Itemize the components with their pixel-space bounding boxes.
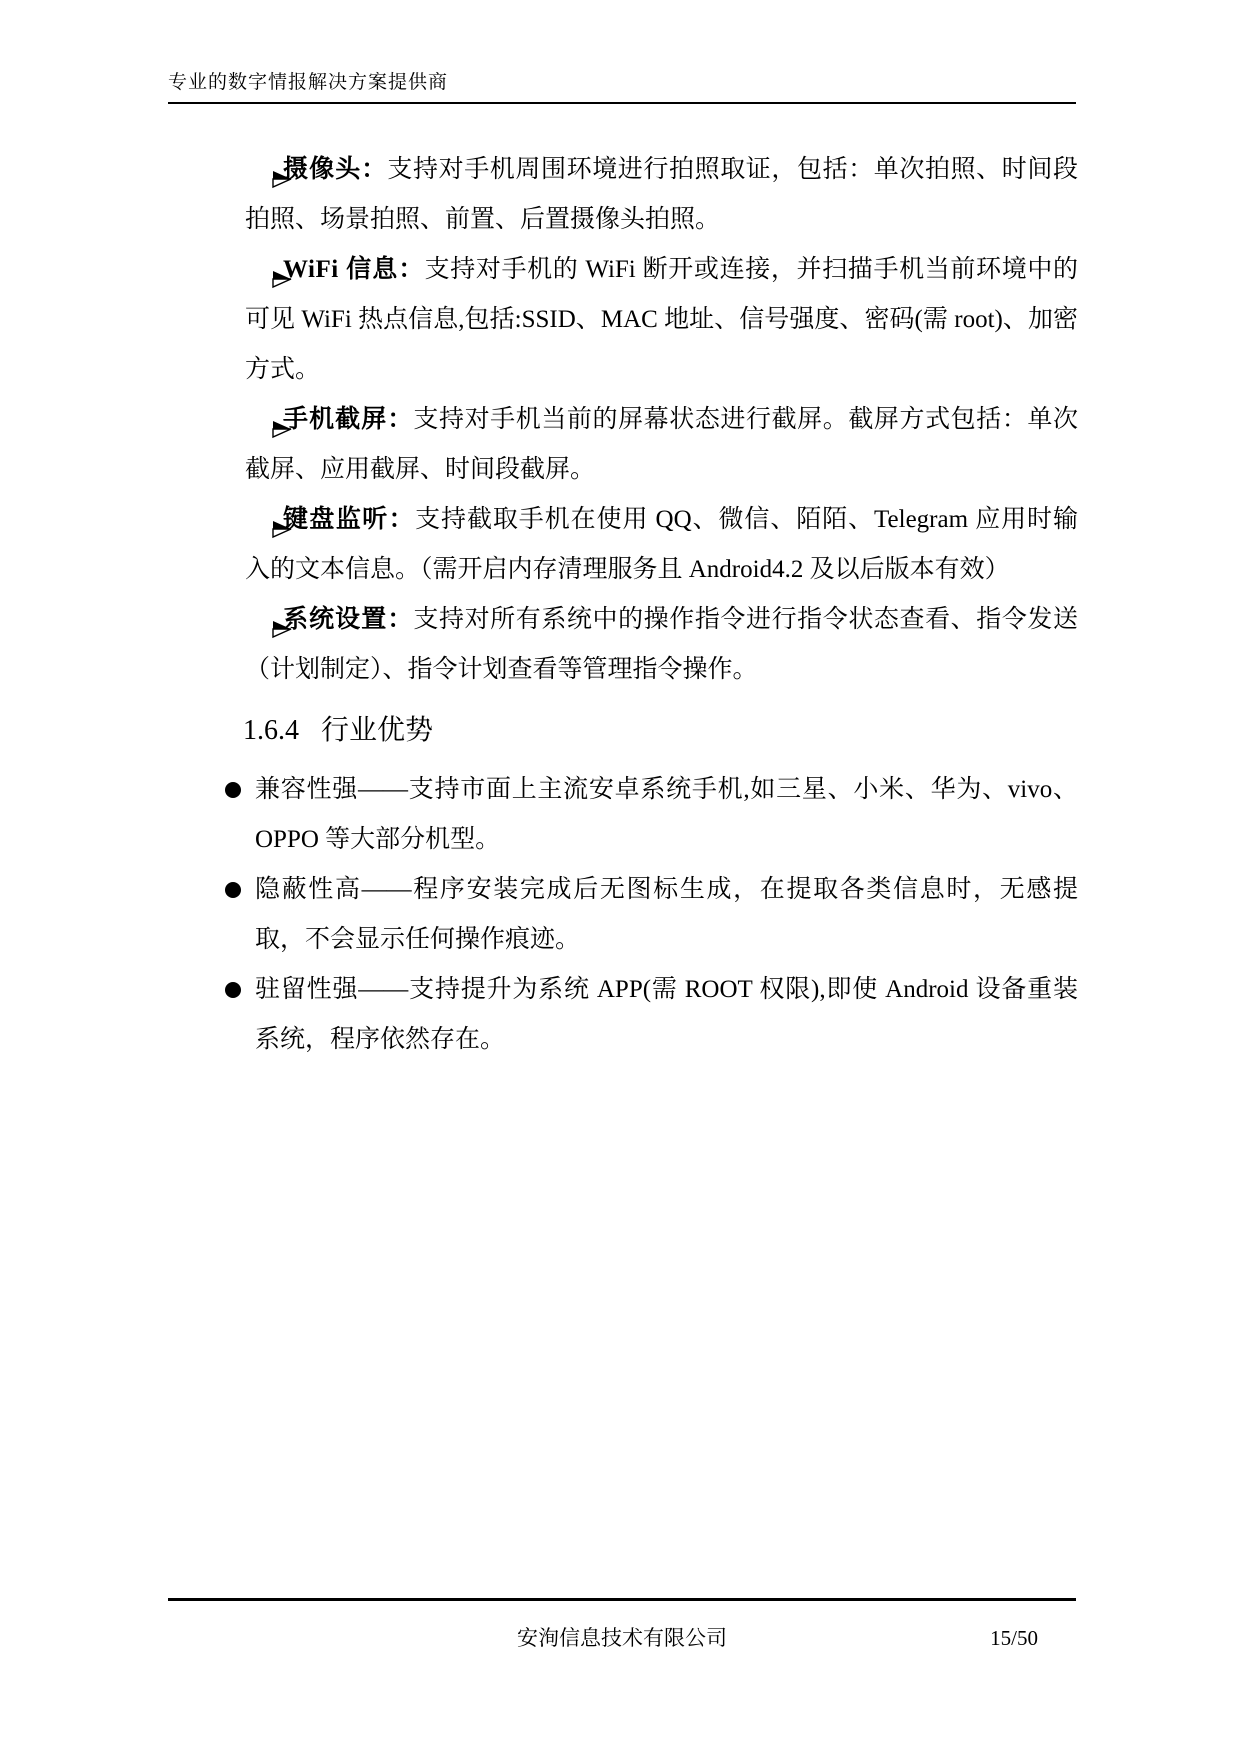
arrow-bullet-icon — [233, 258, 255, 280]
round-bullet-icon — [225, 882, 241, 898]
list-item: 隐蔽性高——程序安装完成后无图标生成，在提取各类信息时，无感提取，不会显示任何操… — [255, 865, 1078, 965]
list-item: 键盘监听：支持截取手机在使用 QQ、微信、陌陌、Telegram 应用时输入的文… — [245, 495, 1078, 595]
round-bullet-icon — [225, 982, 241, 998]
advantage-desc: 兼容性强——支持市面上主流安卓系统手机,如三星、小米、华为、vivo、OPPO … — [255, 776, 1078, 853]
section-title: 行业优势 — [321, 715, 433, 746]
header-slogan: 专业的数字情报解决方案提供商 — [168, 72, 448, 93]
footer-row: 安洵信息技术有限公司 15/50 — [168, 1623, 1076, 1653]
page-header: 专业的数字情报解决方案提供商 — [168, 70, 1076, 104]
round-bullet-icon — [225, 782, 241, 798]
feature-term: 手机截屏： — [283, 406, 413, 433]
section-heading: 1.6.4行业优势 — [243, 702, 1076, 759]
feature-term: WiFi 信息： — [283, 256, 425, 283]
page-footer: 安洵信息技术有限公司 15/50 — [168, 1598, 1076, 1653]
arrow-bullet-icon — [233, 608, 255, 630]
list-item: 驻留性强——支持提升为系统 APP(需 ROOT 权限),即使 Android … — [255, 965, 1078, 1065]
advantage-desc: 驻留性强——支持提升为系统 APP(需 ROOT 权限),即使 Android … — [255, 976, 1078, 1053]
feature-bullet-list: 摄像头：支持对手机周围环境进行拍照取证，包括：单次拍照、时间段拍照、场景拍照、前… — [0, 145, 1240, 695]
page-body: 摄像头：支持对手机周围环境进行拍照取证，包括：单次拍照、时间段拍照、场景拍照、前… — [0, 145, 1240, 1065]
section-number: 1.6.4 — [243, 715, 299, 746]
feature-term: 系统设置： — [283, 606, 413, 633]
list-item: 摄像头：支持对手机周围环境进行拍照取证，包括：单次拍照、时间段拍照、场景拍照、前… — [245, 145, 1078, 245]
footer-company-name: 安洵信息技术有限公司 — [517, 1623, 727, 1653]
document-page: 专业的数字情报解决方案提供商 摄像头：支持对手机周围环境进行拍照取证，包括：单次… — [0, 0, 1240, 1754]
arrow-bullet-icon — [233, 508, 255, 530]
feature-term: 摄像头： — [283, 156, 387, 183]
footer-page-number: 15/50 — [990, 1623, 1038, 1653]
list-item: WiFi 信息：支持对手机的 WiFi 断开或连接，并扫描手机当前环境中的可见 … — [245, 245, 1078, 395]
list-item: 系统设置：支持对所有系统中的操作指令进行指令状态查看、指令发送（计划制定）、指令… — [245, 595, 1078, 695]
list-item: 手机截屏：支持对手机当前的屏幕状态进行截屏。截屏方式包括：单次截屏、应用截屏、时… — [245, 395, 1078, 495]
arrow-bullet-icon — [233, 408, 255, 430]
feature-term: 键盘监听： — [283, 506, 415, 533]
list-item: 兼容性强——支持市面上主流安卓系统手机,如三星、小米、华为、vivo、OPPO … — [255, 765, 1078, 865]
arrow-bullet-icon — [233, 158, 255, 180]
advantage-bullet-list: 兼容性强——支持市面上主流安卓系统手机,如三星、小米、华为、vivo、OPPO … — [0, 765, 1240, 1065]
advantage-desc: 隐蔽性高——程序安装完成后无图标生成，在提取各类信息时，无感提取，不会显示任何操… — [255, 876, 1078, 953]
